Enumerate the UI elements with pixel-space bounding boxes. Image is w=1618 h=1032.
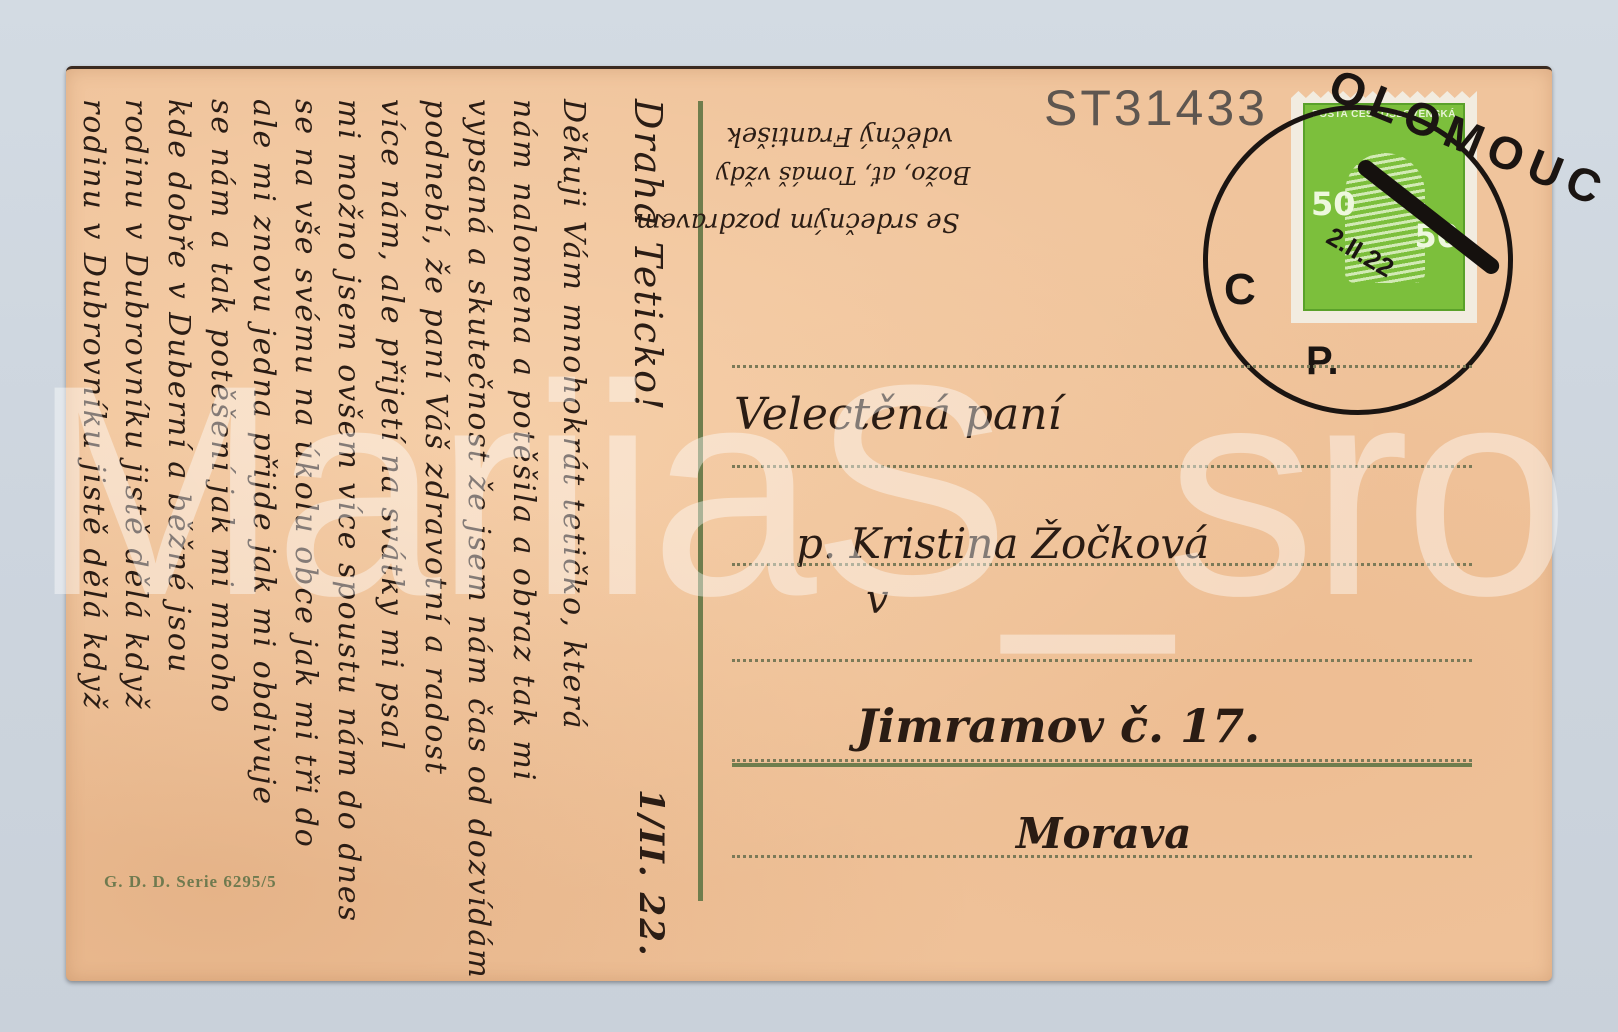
upside-down-greeting-line1: Se srdečným pozdravem [636,207,959,237]
address-rule-2 [732,465,1472,468]
address-rule-6 [732,855,1472,858]
message-line: rodinu v Dubrovníku jistě dělá když [118,99,153,959]
postmark-letter-c: C [1224,265,1256,315]
message-line: mi možno jsem ovšem více spoustu nám do … [331,99,366,959]
message-line: se nám a tak potěšení jak mi mnoho [204,99,239,959]
postmark-letter-p: P. [1306,339,1339,384]
address-rule-3 [732,563,1472,566]
message-line: více nám, ale přijetí na svátky mi psal [374,99,409,959]
inventory-code: ST31433 [1044,79,1268,137]
message-line: rodinu v Dubrovníku jistě dělá když [76,99,111,959]
address-line-1: Velectěná paní [734,389,1062,440]
message-line: se na vše svému na úkolu obce jak mi tři… [288,99,323,959]
upside-down-greeting-line2: Božo, ať, Tomáš vždy [716,161,970,189]
publisher-imprint: G. D. D. Serie 6295/5 [104,872,277,892]
message-line: vypsaná a skutečnost že jsem nám čas od … [461,99,496,959]
address-line-3: v [866,577,889,623]
message-line: kde dobře v Duberní a běžné jsou [161,99,196,959]
message-line: Děkuji Vám mnohokrát tetičko, která [556,99,591,959]
address-solid-rule [732,763,1472,767]
address-rule-1 [732,365,1472,368]
postcard-back: Drahá Teticko! 1/II. 22. Děkuji Vám mnoh… [66,66,1552,981]
address-line-4: Jimramov č. 17. [856,699,1260,753]
upside-down-greeting-line3: vděčný František [726,121,953,151]
message-line: ale mi znovu jedna přijde jak mi obdivuj… [246,99,281,959]
address-line-5: Morava [1016,809,1191,858]
address-rule-5 [732,759,1472,762]
address-rule-4 [732,659,1472,662]
address-line-2: p. Kristina Žočková [796,519,1209,568]
message-line: podnebí, že paní Váš zdravotní a radost [418,99,453,959]
message-line: nám nalomena a potěšila a obraz tak mi [506,99,541,959]
message-date: 1/II. 22. [631,789,671,929]
